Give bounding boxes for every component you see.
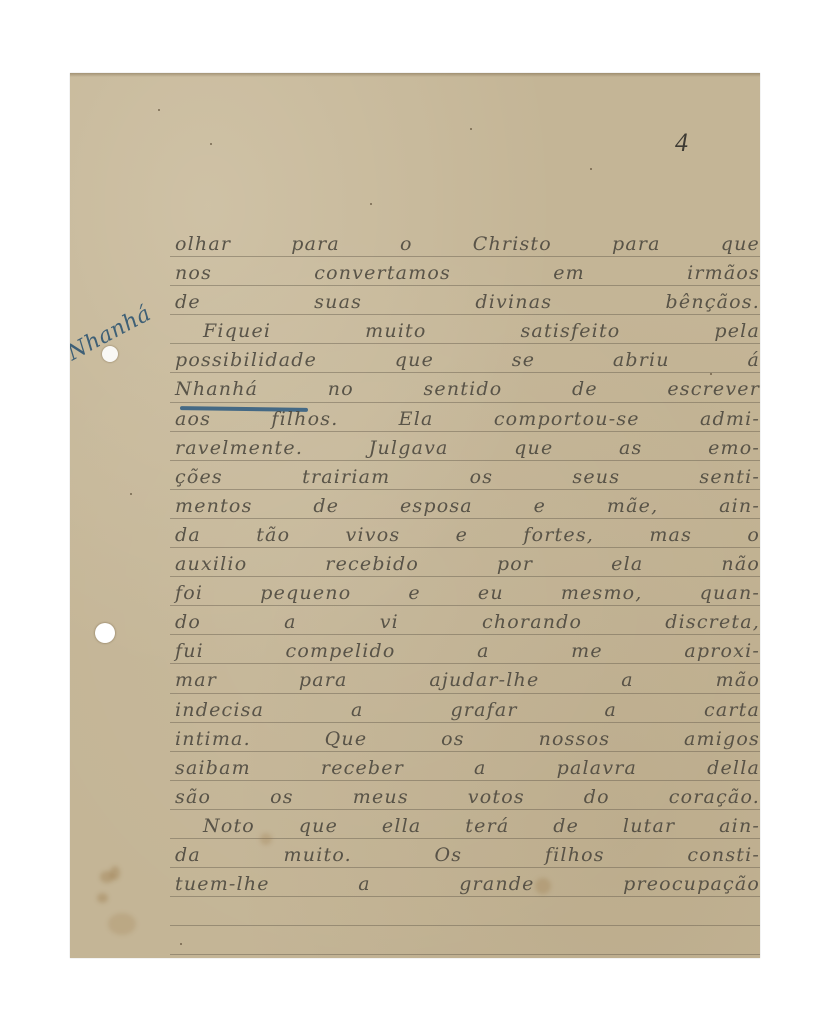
text-line: da tão vivos e fortes, mas o	[175, 521, 760, 550]
ruled-line	[170, 954, 760, 955]
text-line: fui compelido a me aproxi-	[175, 637, 760, 666]
text-line: indecisa a grafar a carta	[175, 696, 760, 725]
text-line: ções trairiam os seus senti-	[175, 463, 760, 492]
paper-fleck	[710, 373, 712, 375]
paper-stain	[108, 913, 136, 935]
manuscript-page: 4 Nhanhá olhar para o Christo para que n…	[70, 73, 760, 958]
text-line: da muito. Os filhos consti-	[175, 841, 760, 870]
text-line: nos convertamos em irmãos	[175, 259, 760, 288]
text-line: aos filhos. Ela comportou-se admi-	[175, 405, 760, 434]
text-line: tuem-lhe a grande preocupação	[175, 870, 760, 899]
paper-fleck	[130, 493, 132, 495]
paper-stain	[260, 833, 272, 845]
punch-hole	[102, 346, 118, 362]
text-line: possibilidade que se abriu á	[175, 346, 760, 375]
paper-stain	[535, 878, 551, 894]
text-line: foi pequeno e eu mesmo, quan-	[175, 579, 760, 608]
paper-fleck	[158, 109, 160, 111]
paper-fleck	[180, 943, 182, 945]
text-line: Nhanhá no sentido de escrever	[175, 375, 760, 404]
text-line: saibam receber a palavra della	[175, 754, 760, 783]
text-line: ravelmente. Julgava que as emo-	[175, 434, 760, 463]
paper-stain	[110, 866, 120, 880]
paper-stain	[97, 893, 108, 903]
text-line: Fiquei muito satisfeito pela	[175, 317, 760, 346]
text-line: mar para ajudar-lhe a mão	[175, 666, 760, 695]
text-line: auxilio recebido por ela não	[175, 550, 760, 579]
paper-fleck	[590, 168, 592, 170]
paper-fleck	[470, 128, 472, 130]
text-line: olhar para o Christo para que	[175, 230, 760, 259]
ruled-line	[170, 925, 760, 926]
paper-fleck	[370, 203, 372, 205]
handwritten-text-body: olhar para o Christo para que nos conver…	[175, 230, 760, 899]
paper-fleck	[210, 143, 212, 145]
text-line: mentos de esposa e mãe, ain-	[175, 492, 760, 521]
text-line: de suas divinas bênçãos.	[175, 288, 760, 317]
page-number: 4	[675, 128, 688, 158]
punch-hole	[95, 623, 115, 643]
text-line: do a vi chorando discreta,	[175, 608, 760, 637]
text-line: intima. Que os nossos amigos	[175, 725, 760, 754]
text-line: são os meus votos do coração.	[175, 783, 760, 812]
